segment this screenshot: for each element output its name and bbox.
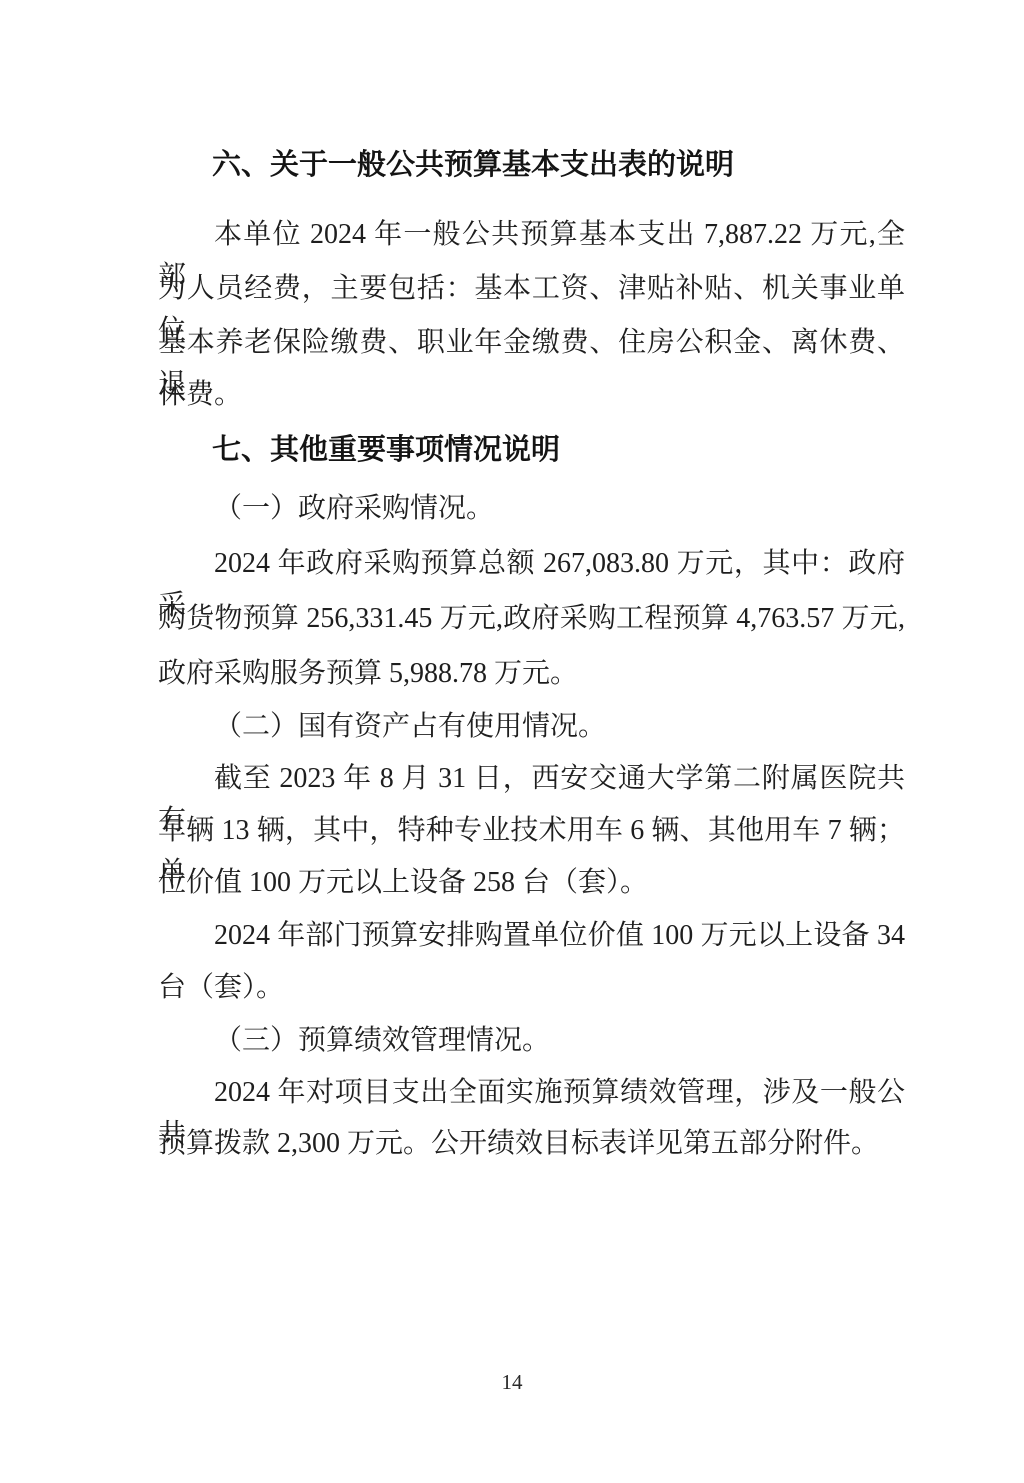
body-line: 政府采购服务预算 5,988.78 万元。 — [158, 653, 905, 695]
body-line: 休费。 — [158, 374, 905, 416]
body-line: 购货物预算 256,331.45 万元,政府采购工程预算 4,763.57 万元… — [158, 598, 905, 640]
subsection-two-heading: （二）国有资产占有使用情况。 — [158, 706, 905, 748]
section-seven-heading: 七、其他重要事项情况说明 — [158, 428, 905, 470]
document-page: 六、关于一般公共预算基本支出表的说明 本单位 2024 年一般公共预算基本支出 … — [0, 0, 1024, 1483]
section-six-heading: 六、关于一般公共预算基本支出表的说明 — [158, 143, 905, 185]
page-number: 14 — [0, 1368, 1024, 1396]
body-line: 位价值 100 万元以上设备 258 台（套）。 — [158, 862, 905, 904]
subsection-one-heading: （一）政府采购情况。 — [158, 488, 905, 530]
body-line: 台（套）。 — [158, 967, 905, 1009]
body-line: 基本养老保险缴费、职业年金缴费、住房公积金、离休费、退 — [158, 322, 905, 364]
body-line: 本单位 2024 年一般公共预算基本支出 7,887.22 万元,全部 — [158, 214, 905, 256]
subsection-three-heading: （三）预算绩效管理情况。 — [158, 1020, 905, 1062]
body-line: 2024 年政府采购预算总额 267,083.80 万元，其中：政府采 — [158, 543, 905, 585]
body-line: 2024 年对项目支出全面实施预算绩效管理，涉及一般公共 — [158, 1072, 905, 1114]
body-line: 为人员经费，主要包括：基本工资、津贴补贴、机关事业单位 — [158, 268, 905, 310]
body-line: 截至 2023 年 8 月 31 日，西安交通大学第二附属医院共有 — [158, 758, 905, 800]
body-line: 车辆 13 辆，其中，特种专业技术用车 6 辆、其他用车 7 辆；单 — [158, 810, 905, 852]
body-line: 2024 年部门预算安排购置单位价值 100 万元以上设备 34 — [158, 915, 905, 957]
body-line: 预算拨款 2,300 万元。公开绩效目标表详见第五部分附件。 — [158, 1123, 905, 1165]
